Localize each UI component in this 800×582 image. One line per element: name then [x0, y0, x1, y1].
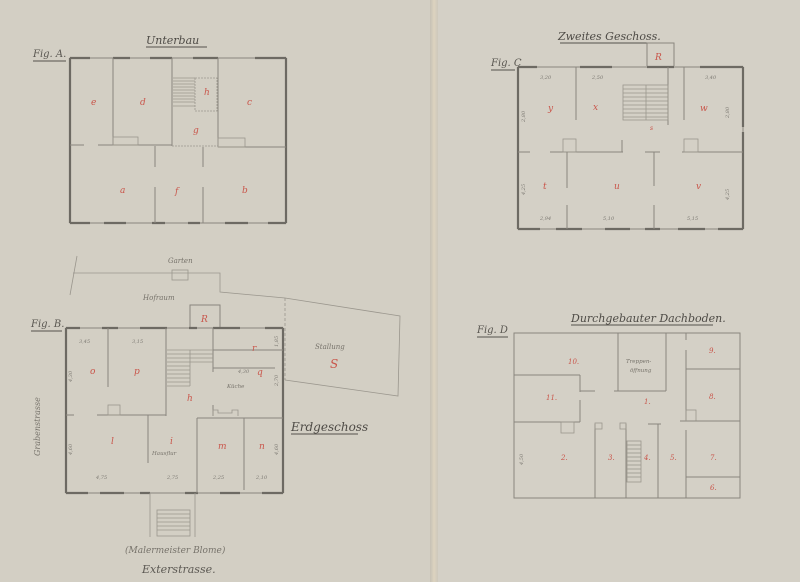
dimension: 4,60 [274, 443, 280, 456]
dimension: 4,60 [68, 443, 74, 456]
fig-d-plan: Durchgebauter Dachboden. Fig. D [476, 312, 740, 498]
dimension: 2,25 [212, 475, 224, 481]
garden-label: Garten [168, 257, 193, 265]
room-label: h [204, 88, 210, 98]
room-label: l [111, 437, 114, 447]
room-label: 5. [670, 454, 677, 462]
room-label: v [696, 182, 701, 192]
room-label: f [174, 187, 180, 197]
room-label: 3. [608, 454, 615, 462]
dimension: 2,70 [274, 374, 280, 387]
room-label: e [91, 98, 96, 108]
room-label: h [187, 394, 193, 404]
entrance-stairs-icon [150, 493, 195, 537]
courtyard-label: Hofraum [142, 294, 175, 302]
dimension: 3,45 [79, 339, 90, 345]
room-label: p [134, 367, 140, 377]
dimension: 2,75 [166, 475, 178, 481]
room-label: m [218, 442, 227, 452]
room-label: y [547, 104, 554, 114]
dimension: 4,75 [95, 475, 107, 481]
fig-c-plan: Zweites Geschoss. R Fig. C y x [490, 30, 743, 229]
stairs-icon [627, 441, 641, 482]
room-label: 7. [710, 454, 717, 462]
stable-label: Stallung [315, 343, 345, 351]
fig-b-title: Erdgeschoss [290, 420, 368, 434]
kitchen-label: Küche [226, 384, 245, 390]
room-label: 8. [709, 393, 716, 401]
room-label: r [252, 344, 257, 354]
room-label: 10. [568, 358, 579, 366]
dimension: 3,15 [132, 339, 143, 345]
room-label: w [700, 104, 708, 114]
room-label: n [259, 442, 265, 452]
fig-a-label: Fig. A. [32, 49, 66, 60]
dimension: 2,50 [591, 75, 604, 81]
fig-a-plan: Unterbau Fig. A. e d h c g [32, 34, 286, 223]
room-label: 11. [546, 394, 557, 402]
room-label: 1. [644, 398, 651, 406]
fig-d-label: Fig. D [476, 325, 508, 336]
room-label: 9. [709, 347, 716, 355]
stable-room: S [330, 357, 338, 371]
annex-label: R [654, 53, 662, 63]
fig-b-label: Fig. B. [30, 319, 64, 330]
fig-a-title: Unterbau [146, 34, 199, 47]
side-street-label: Grabenstrasse [33, 397, 42, 456]
dimension: 2,10 [255, 475, 268, 481]
dimension: 4,25 [725, 189, 731, 201]
dimension: 3,20 [540, 75, 552, 81]
room-label: g [193, 126, 199, 136]
dimension: 2,80 [521, 110, 527, 123]
room-label: a [120, 186, 125, 196]
dimension: 3,40 [705, 75, 717, 81]
dimension: 4,50 [519, 453, 525, 466]
room-label: s [650, 125, 653, 132]
handwritten-note: (Malermeister Blome) [125, 545, 226, 556]
room-label: b [242, 186, 248, 196]
dimension: 4,25 [521, 184, 527, 196]
stairs-icon [623, 85, 668, 120]
room-label: q [257, 368, 263, 378]
dimension: 4,30 [68, 370, 74, 383]
stair-opening-label: öffnung [630, 368, 652, 374]
fig-b-plan: Garten Hofraum Stallung S Fig. B. R [30, 256, 400, 576]
room-label: o [90, 367, 96, 377]
dimension: 2,94 [539, 216, 551, 222]
stairs-icon [173, 78, 217, 111]
stairs-icon [167, 350, 213, 386]
room-label: c [247, 98, 252, 108]
stair-opening-label: Treppen- [626, 359, 651, 365]
room-label: t [543, 182, 547, 192]
room-label: d [140, 98, 146, 108]
room-label: 4. [643, 454, 651, 462]
hallway-label: Hausflur [151, 451, 177, 457]
room-label: i [170, 437, 173, 447]
dimension: 5,15 [687, 216, 698, 222]
room-label: u [614, 182, 620, 192]
dimension: 1,85 [274, 336, 280, 347]
dimension: 4,30 [237, 369, 250, 375]
annex-label: R [200, 315, 208, 325]
front-street-label: Exterstrasse. [141, 563, 216, 576]
fig-c-title: Zweites Geschoss. [557, 30, 661, 43]
dimension: 2,80 [725, 106, 731, 119]
room-label: 2. [560, 454, 568, 462]
room-label: 6. [710, 484, 717, 492]
fig-d-title: Durchgebauter Dachboden. [570, 312, 726, 325]
dimension: 5,10 [603, 216, 615, 222]
room-label: x [593, 103, 598, 113]
